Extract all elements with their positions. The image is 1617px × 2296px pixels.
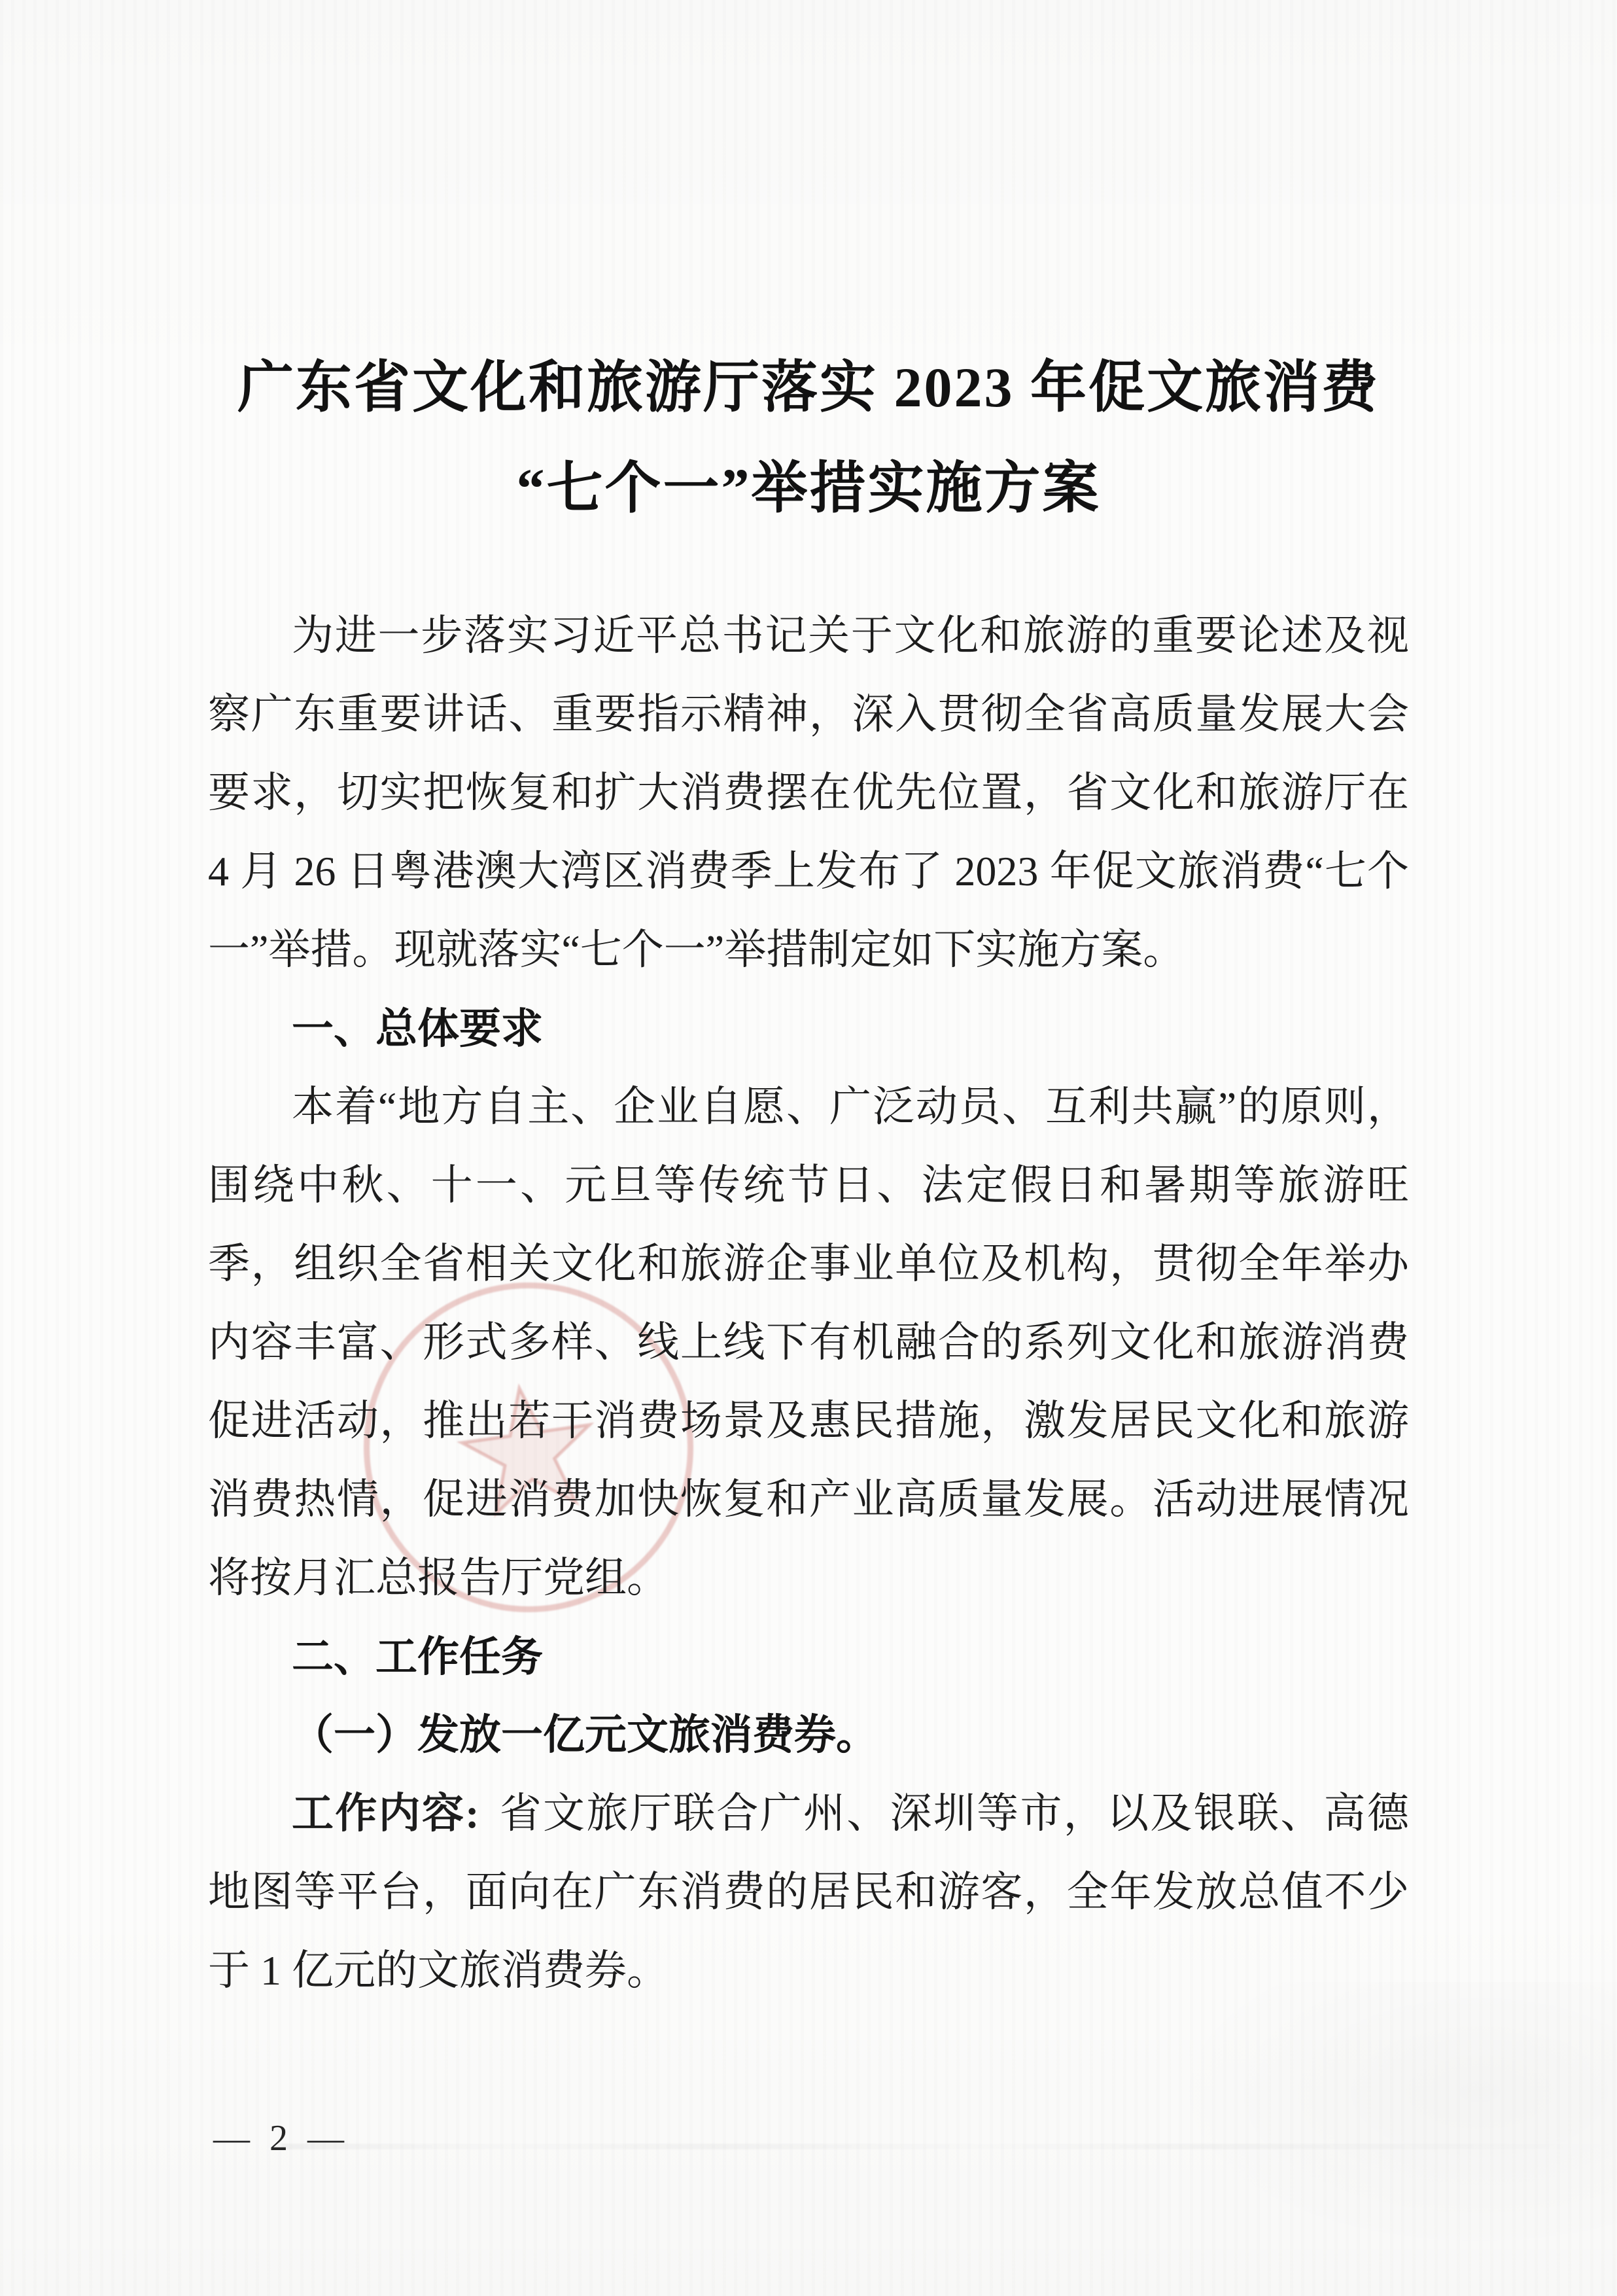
document-title-line-2: “七个一”举措实施方案 (0, 438, 1617, 539)
paragraph-work-content: 工作内容:省文旅厅联合广州、深圳等市，以及银联、高德地图等平台，面向在广东消费的… (208, 1775, 1409, 2010)
scanner-smudge-corner (1159, 1982, 1617, 2257)
document-title: 广东省文化和旅游厅落实 2023 年促文旅消费 “七个一”举措实施方案 (0, 337, 1617, 539)
scanned-document-page: 广东省文化和旅游厅落实 2023 年促文旅消费 “七个一”举措实施方案 为进一步… (0, 0, 1617, 2296)
paragraph-intro: 为进一步落实习近平总书记关于文化和旅游的重要论述及视察广东重要讲话、重要指示精神… (208, 597, 1409, 989)
section-heading-1: 一、总体要求 (208, 989, 1409, 1068)
document-body: 为进一步落实习近平总书记关于文化和旅游的重要论述及视察广东重要讲话、重要指示精神… (208, 597, 1409, 2010)
section-heading-2: 二、工作任务 (208, 1617, 1409, 1696)
paragraph-overall-requirements: 本着“地方自主、企业自愿、广泛动员、互利共赢”的原则，围绕中秋、十一、元旦等传统… (208, 1068, 1409, 1617)
scanner-smudge-line (281, 2144, 1563, 2149)
page-number: — 2 — (213, 2117, 349, 2159)
subsection-heading-1: （一）发放一亿元文旅消费券。 (208, 1696, 1409, 1775)
work-content-label: 工作内容: (292, 1790, 479, 1837)
document-title-line-1: 广东省文化和旅游厅落实 2023 年促文旅消费 (0, 337, 1617, 438)
